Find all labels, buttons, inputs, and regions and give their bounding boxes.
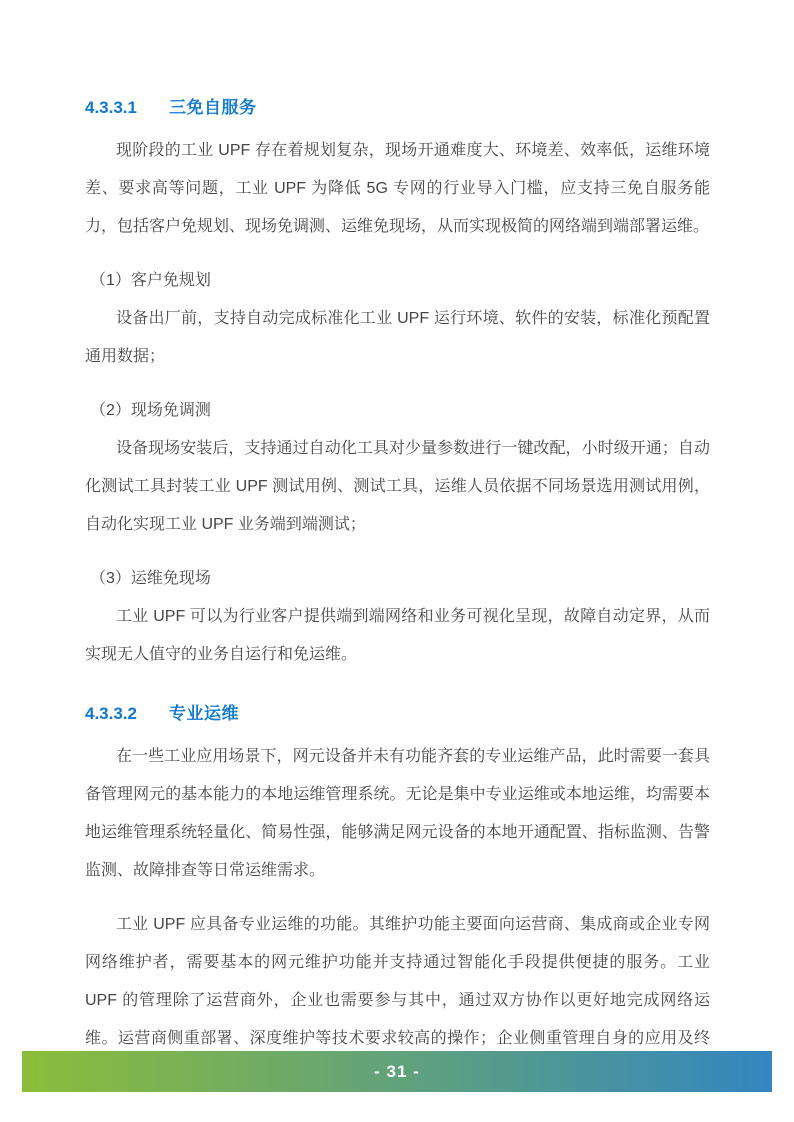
document-page: 4.3.3.1 三免自服务 现阶段的工业 UPF 存在着规划复杂，现场开通难度大… <box>0 0 794 1122</box>
list-item-label: （3）运维免现场 <box>85 560 710 598</box>
list-item-body: 工业 UPF 可以为行业客户提供端到端网络和业务可视化呈现，故障自动定界，从而实… <box>85 598 710 674</box>
section-intro-paragraph: 现阶段的工业 UPF 存在着规划复杂，现场开通难度大、环境差、效率低，运维环境差… <box>85 132 710 246</box>
section-heading: 4.3.3.1 三免自服务 <box>85 96 710 120</box>
section-title: 三免自服务 <box>169 96 257 120</box>
list-item-label: （2）现场免调测 <box>85 392 710 430</box>
section-4-3-3-1: 4.3.3.1 三免自服务 现阶段的工业 UPF 存在着规划复杂，现场开通难度大… <box>85 96 710 674</box>
section-title: 专业运维 <box>169 702 239 726</box>
section-number: 4.3.3.1 <box>85 96 169 120</box>
section-heading: 4.3.3.2 专业运维 <box>85 702 710 726</box>
list-item-body: 设备现场安装后，支持通过自动化工具对少量参数进行一键改配，小时级开通；自动化测试… <box>85 430 710 544</box>
list-item-body: 设备出厂前，支持自动完成标准化工业 UPF 运行环境、软件的安装，标准化预配置通… <box>85 300 710 376</box>
section-number: 4.3.3.2 <box>85 702 169 726</box>
section-4-3-3-2: 4.3.3.2 专业运维 在一些工业应用场景下，网元设备并未有功能齐套的专业运维… <box>85 702 710 1096</box>
list-item-label: （1）客户免规划 <box>85 262 710 300</box>
page-number: - 31 - <box>374 1062 420 1082</box>
section-paragraph: 在一些工业应用场景下，网元设备并未有功能齐套的专业运维产品，此时需要一套具备管理… <box>85 738 710 890</box>
page-content: 4.3.3.1 三免自服务 现阶段的工业 UPF 存在着规划复杂，现场开通难度大… <box>0 0 794 1096</box>
page-footer-bar: - 31 - <box>22 1051 772 1092</box>
